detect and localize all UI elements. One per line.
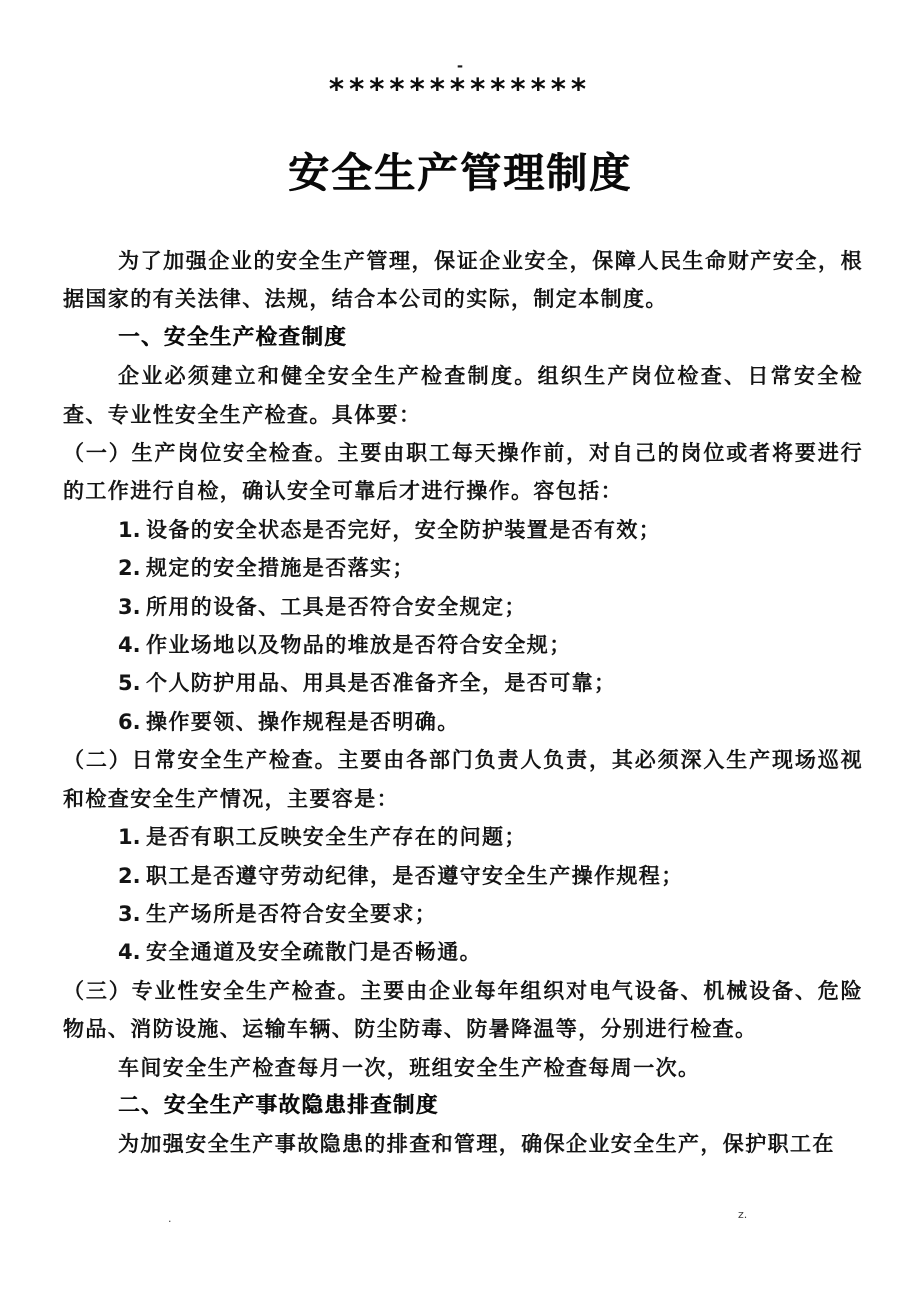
item-text: 职工是否遵守劳动纪律，是否遵守安全生产操作规程； xyxy=(146,857,863,895)
sub3-text: 专业性安全生产检查。主要由企业每年组织对电气设备、机械设备、危险物品、消防设施、… xyxy=(63,979,863,1041)
sub2-item-3: 3. 生产场所是否符合安全要求； xyxy=(63,895,863,933)
item-text: 规定的安全措施是否落实； xyxy=(146,549,863,587)
sub1-item-5: 5. 个人防护用品、用具是否准备齐全，是否可靠； xyxy=(63,664,863,702)
item-number: 2. xyxy=(118,549,146,587)
sub2-item-2: 2. 职工是否遵守劳动纪律，是否遵守安全生产操作规程； xyxy=(63,857,863,895)
sub1-item-3: 3. 所用的设备、工具是否符合安全规定； xyxy=(63,588,863,626)
footer-left-artifact: . xyxy=(168,1212,172,1225)
document-page: - ************* 安全生产管理制度 为了加强企业的安全生产管理，保… xyxy=(0,0,920,1302)
sub3-label: （三） xyxy=(63,979,132,1003)
item-number: 5. xyxy=(118,664,146,702)
sub1-item-2: 2. 规定的安全措施是否落实； xyxy=(63,549,863,587)
item-text: 操作要领、操作规程是否明确。 xyxy=(146,703,863,741)
section1-lead: 企业必须建立和健全安全生产检查制度。组织生产岗位检查、日常安全检查、专业性安全生… xyxy=(63,357,863,434)
document-body: 为了加强企业的安全生产管理，保证企业安全，保障人民生命财产安全，根据国家的有关法… xyxy=(0,242,920,1164)
item-number: 4. xyxy=(118,933,146,971)
section1-sub3-paragraph: （三）专业性安全生产检查。主要由企业每年组织对电气设备、机械设备、危险物品、消防… xyxy=(63,972,863,1049)
item-number: 6. xyxy=(118,703,146,741)
item-number: 1. xyxy=(118,818,146,856)
sub2-item-4: 4. 安全通道及安全疏散门是否畅通。 xyxy=(63,933,863,971)
item-text: 安全通道及安全疏散门是否畅通。 xyxy=(146,933,863,971)
item-text: 生产场所是否符合安全要求； xyxy=(146,895,863,933)
sub1-text: 生产岗位安全检查。主要由职工每天操作前，对自己的岗位或者将要进行的工作进行自检，… xyxy=(63,441,863,503)
item-number: 2. xyxy=(118,857,146,895)
section1-sub1-paragraph: （一）生产岗位安全检查。主要由职工每天操作前，对自己的岗位或者将要进行的工作进行… xyxy=(63,434,863,511)
sub1-item-6: 6. 操作要领、操作规程是否明确。 xyxy=(63,703,863,741)
document-title: 安全生产管理制度 xyxy=(0,150,920,196)
footer-right-artifact: z. xyxy=(738,1208,747,1221)
sub2-label: （二） xyxy=(63,748,132,772)
sub1-label: （一） xyxy=(63,441,132,465)
stars-separator: ************* xyxy=(0,76,920,106)
section1-heading: 一、安全生产检查制度 xyxy=(63,319,863,357)
sub1-item-4: 4. 作业场地以及物品的堆放是否符合安全规； xyxy=(63,626,863,664)
intro-paragraph: 为了加强企业的安全生产管理，保证企业安全，保障人民生命财产安全，根据国家的有关法… xyxy=(63,242,863,319)
section2-lead: 为加强安全生产事故隐患的排查和管理，确保企业安全生产，保护职工在 xyxy=(63,1125,863,1163)
sub2-text: 日常安全生产检查。主要由各部门负责人负责，其必须深入生产现场巡视和检查安全生产情… xyxy=(63,748,863,810)
item-text: 作业场地以及物品的堆放是否符合安全规； xyxy=(146,626,863,664)
item-text: 设备的安全状态是否完好，安全防护装置是否有效； xyxy=(146,511,863,549)
item-number: 3. xyxy=(118,588,146,626)
item-text: 所用的设备、工具是否符合安全规定； xyxy=(146,588,863,626)
frequency-note: 车间安全生产检查每月一次，班组安全生产检查每周一次。 xyxy=(63,1049,863,1087)
item-text: 是否有职工反映安全生产存在的问题； xyxy=(146,818,863,856)
section2-heading: 二、安全生产事故隐患排查制度 xyxy=(63,1087,863,1125)
sub1-item-1: 1. 设备的安全状态是否完好，安全防护装置是否有效； xyxy=(63,511,863,549)
item-text: 个人防护用品、用具是否准备齐全，是否可靠； xyxy=(146,664,863,702)
item-number: 1. xyxy=(118,511,146,549)
item-number: 4. xyxy=(118,626,146,664)
section1-sub2-paragraph: （二）日常安全生产检查。主要由各部门负责人负责，其必须深入生产现场巡视和检查安全… xyxy=(63,741,863,818)
item-number: 3. xyxy=(118,895,146,933)
sub2-item-1: 1. 是否有职工反映安全生产存在的问题； xyxy=(63,818,863,856)
